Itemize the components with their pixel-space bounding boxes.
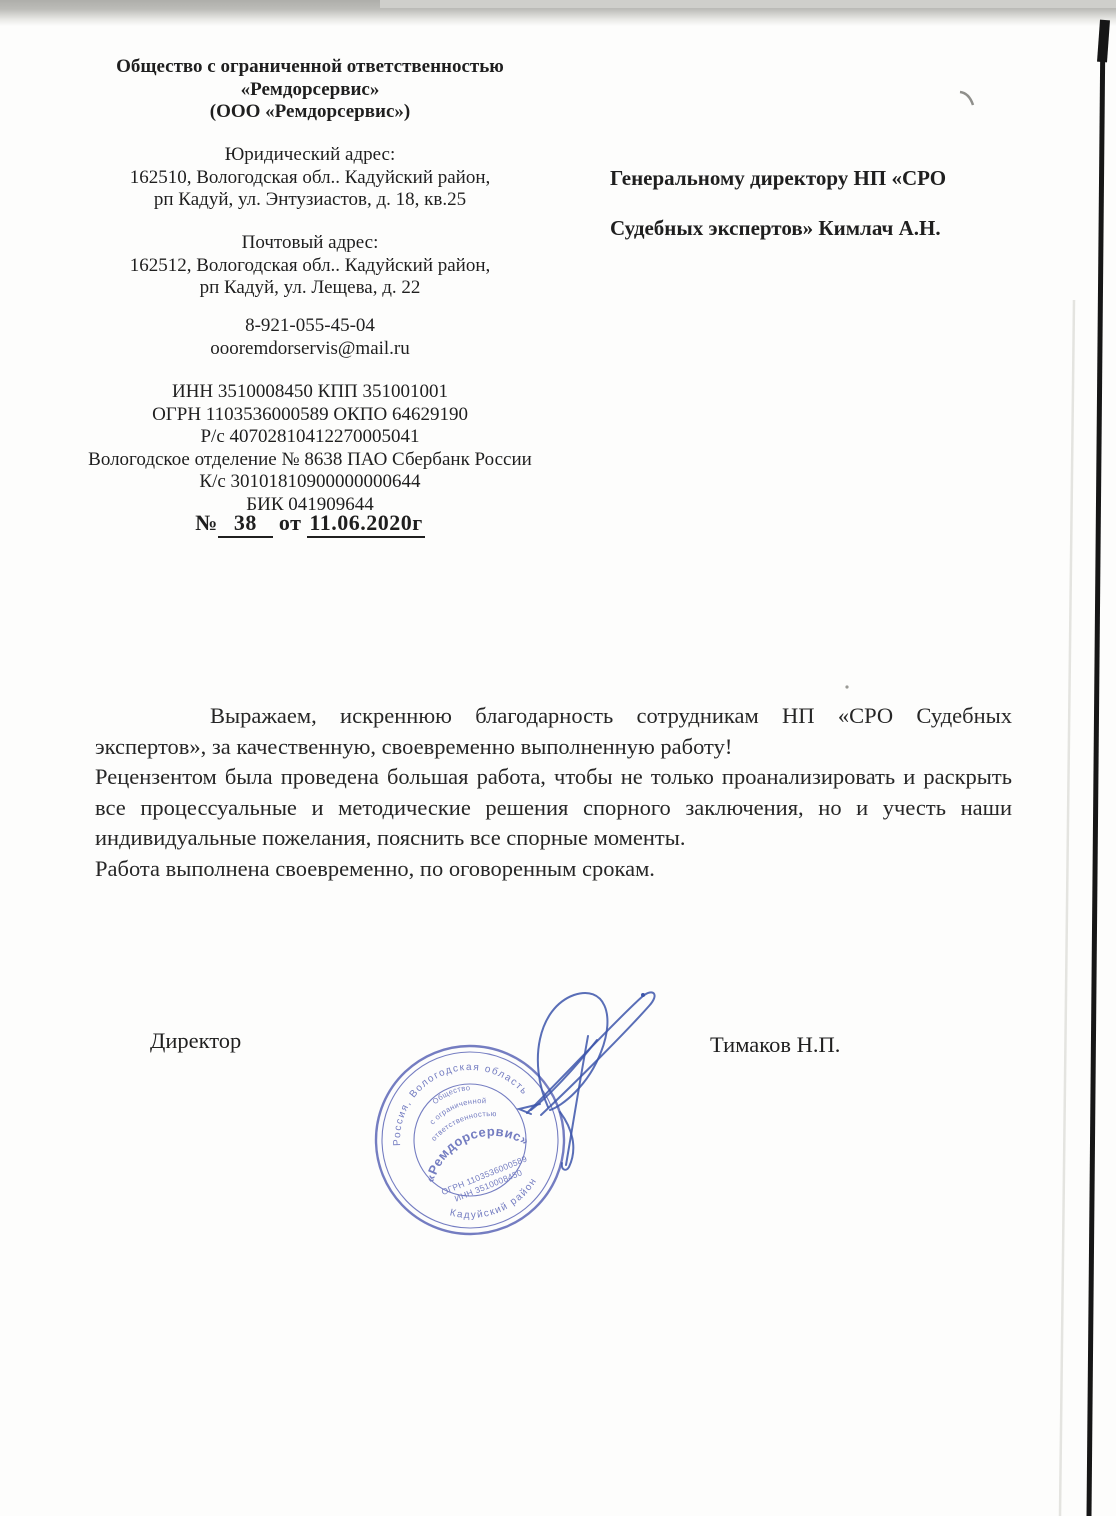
signer-title: Директор: [150, 1028, 241, 1054]
org-name-line3: (ООО «Ремдорсервис»): [60, 101, 560, 124]
legal-address-block: Юридический адрес: 162510, Вологодская о…: [60, 144, 560, 212]
settlement-account: Р/с 40702810412270005041: [60, 426, 560, 449]
ref-connector: от: [273, 510, 308, 535]
postal-address-label: Почтовый адрес:: [60, 232, 560, 255]
postal-address-block: Почтовый адрес: 162512, Вологодская обл.…: [60, 232, 560, 300]
ref-number: 38: [218, 510, 273, 538]
scan-right-bar-head: [1102, 20, 1105, 62]
scan-top-edge: [380, 0, 1116, 8]
company-stamp: Россия, Вологодская область Кадуйский ра…: [350, 1020, 590, 1260]
corr-account: К/с 30101810900000000644: [60, 471, 560, 494]
phone-number: 8-921-055-45-04: [60, 315, 560, 338]
legal-address-label: Юридический адрес:: [60, 144, 560, 167]
ref-date: 11.06.2020г: [307, 510, 424, 538]
signer-name: Тимаков Н.П.: [710, 1032, 840, 1058]
body-paragraph-1: Выражаем, искреннюю благодарность сотруд…: [95, 701, 1012, 762]
speck-mark: [845, 685, 848, 688]
body-paragraph-3: Работа выполнена своевременно, по оговор…: [95, 854, 1012, 885]
requisites-block: ИНН 3510008450 КПП 351001001 ОГРН 110353…: [60, 381, 560, 516]
addressee-line1: Генеральному директору НП «СРО: [610, 166, 990, 190]
inn-kpp: ИНН 3510008450 КПП 351001001: [60, 381, 560, 404]
letter-body: Выражаем, искреннюю благодарность сотруд…: [95, 701, 1012, 884]
ref-prefix: №: [195, 510, 218, 535]
contacts-block: 8-921-055-45-04 oooremdorservis@mail.ru: [60, 315, 560, 360]
stamp-rotated-group: Россия, Вологодская область Кадуйский ра…: [350, 1020, 590, 1260]
legal-address-line2: рп Кадуй, ул. Энтузиастов, д. 18, кв.25: [60, 189, 560, 212]
legal-address-line1: 162510, Вологодская обл.. Кадуйский райо…: [60, 167, 560, 190]
reference-number-line: №38от11.06.2020г: [60, 510, 560, 538]
signature-pen-dot: [641, 993, 645, 997]
addressee-line2: Судебных экспертов» Кимлач А.Н.: [610, 216, 990, 240]
email-address: oooremdorservis@mail.ru: [60, 338, 560, 361]
postal-address-line2: рп Кадуй, ул. Лещева, д. 22: [60, 277, 560, 300]
postal-address-line1: 162512, Вологодская обл.. Кадуйский райо…: [60, 255, 560, 278]
sender-org-name: Общество с ограниченной ответственностью…: [60, 56, 560, 124]
addressee-block: Генеральному директору НП «СРО Судебных …: [610, 166, 990, 240]
ogrn-okpo: ОГРН 1103536000589 ОКПО 64629190: [60, 404, 560, 427]
body-paragraph-2: Рецензентом была проведена большая работ…: [95, 762, 1012, 854]
scan-faint-line: [1060, 300, 1074, 1516]
org-name-line2: «Ремдорсервис»: [60, 79, 560, 102]
smudge-mark: [960, 92, 973, 105]
scan-right-bar: [1089, 22, 1103, 1516]
bank-name: Вологодское отделение № 8638 ПАО Сбербан…: [60, 449, 560, 472]
scanned-letter-page: Общество с ограниченной ответственностью…: [0, 0, 1116, 1516]
org-name-line1: Общество с ограниченной ответственностью: [60, 56, 560, 79]
